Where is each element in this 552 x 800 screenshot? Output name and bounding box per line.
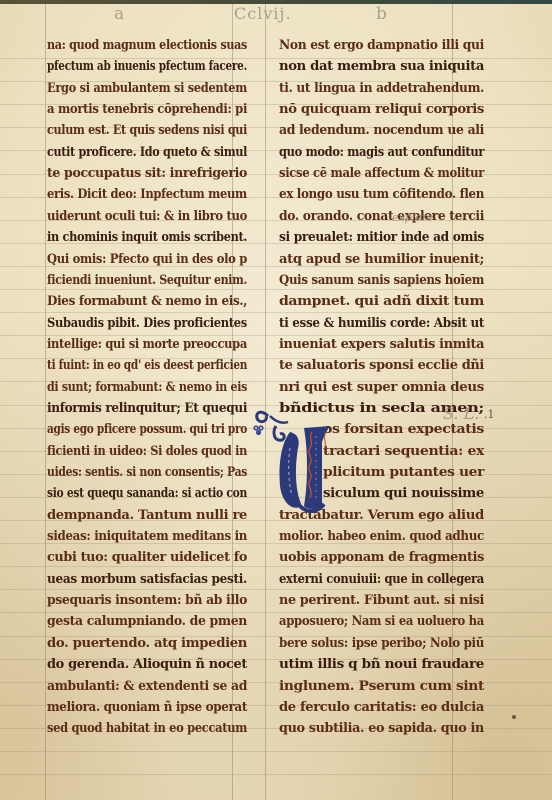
text-line: na: quod magnum electionis suas [47,37,247,52]
text-line: sicse cē male affectum & molitur [279,165,484,180]
text-line: sio est quequ sananda: si actio con [47,485,247,500]
text-line: cubi tuo: qualiter uidelicet fo [47,549,247,564]
text-line: do gerenda. Alioquin ñ nocet [47,656,247,671]
text-line: te saluatoris sponsi ecclie dñi [279,357,484,372]
text-line: Quis sanum sanis sapiens hoīem [279,272,484,287]
marginal-note: S. L. [443,404,479,423]
text-line: cutit proficere. Ido queto & simul [47,144,247,159]
ruling-line [0,566,552,567]
ruling-line [45,4,46,800]
column-b-label: b [376,4,388,24]
text-line: psequaris insontem: bñ ab illo [47,592,247,607]
text-line: ex longo usu tum cōfitendo. flen [279,186,484,201]
text-line: meliora. quoniam ñ ipse operat [47,699,247,714]
text-line: eris. Dicit deo: Inpfectum meum [47,186,247,201]
text-line: ueas morbum satisfacias pesti. [47,571,247,586]
text-line: te poccupatus sit: inrefrigerio [47,165,247,180]
marginal-mark: .1 [484,408,495,421]
text-line: uobis apponam de fragmentis [279,549,484,564]
text-line: dempnanda. Tantum nulli re [47,507,247,522]
text-line: in chominis inquit omis scribent. [47,229,247,244]
decorated-initial [252,402,334,520]
text-line: sideas: iniquitatem meditans in [47,528,247,543]
ink-speck [512,715,516,719]
text-line: Non est ergo dampnatio illi qui [279,37,484,52]
text-line: pfectum ab inuenis pfectum facere. [47,58,247,73]
text-line: inueniat expers salutis inmita [279,336,484,351]
text-line: nō quicquam reliqui corporis [279,101,484,116]
text-line: ti esse & humilis corde: Absit ut [279,315,484,330]
text-line: agis ego pficere possum. qui tri pro [47,421,247,436]
text-line: Ergo si ambulantem si sedentem [47,80,247,95]
text-line: nri qui est super omnia deus [279,379,484,394]
text-line: tractari sequentia: ex [323,443,484,458]
decorated-initial-v-icon [252,402,334,520]
text-line: plicitum putantes uer [323,464,484,479]
text-line: de ferculo caritatis: eo dulcia [279,699,484,714]
text-line: Qui omis: Pfecto qui in des olo p [47,251,247,266]
folio-number: Cclvij. [234,4,292,23]
text-line: utim illis q bñ noui fraudare [279,656,484,671]
text-line: a mortis tenebris cōprehendi: pi [47,101,247,116]
text-line: molior. habeo enim. quod adhuc [279,528,484,543]
text-line: si preualet: mitior inde ad omis [279,229,484,244]
interlinear-gloss: explere [392,211,434,224]
text-line: informis relinquitur; Et quequi [47,400,247,415]
text-line: do. puertendo. atq impedien [47,635,247,650]
text-line: ambulanti: & extendenti se ad [47,678,247,693]
text-line: gesta calumpniando. de pmen [47,613,247,628]
text-line: ti fuint: in eo qd' eis deest perficien [47,357,247,372]
ruling-line [0,589,552,590]
text-line: Dies formabunt & nemo in eis., [47,293,247,308]
text-line: ficiendi inueniunt. Sequitur enim. [47,272,247,287]
text-line: quo subtilia. eo sapida. quo in [279,720,484,735]
text-line: bere solus: ipse peribo; Nolo piū [279,635,484,650]
text-line: uides: sentis. si non consentis; Pas [47,464,247,479]
text-line: siculum qui nouissime [323,485,484,500]
text-line: os forsitan expectatis [323,421,484,436]
text-line: ti. ut lingua in addetrahendum. [279,80,484,95]
text-line: atq apud se humilior inuenit; [279,251,484,266]
text-line: inglunem. Pserum cum sint [279,678,484,693]
text-line: externi conuiuii: que in collegera [279,571,484,586]
text-line: uiderunt oculi tui: & in libro tuo [47,208,247,223]
manuscript-page: a Cclvij. b na: quod magnum electionis s… [0,0,552,800]
text-line: ne perirent. Fibunt aut. si nisi [279,592,484,607]
text-line: dampnet. qui adñ dixit tum [279,293,484,308]
text-line: non dat membra sua iniquita [279,58,484,73]
ruling-line [0,312,552,313]
text-line: ficienti in uideo: Si doles quod in [47,443,247,458]
text-line: culum est. Et quis sedens nisi qui [47,122,247,137]
text-line: ad ledendum. nocendum ue ali [279,122,484,137]
column-a-label: a [114,4,125,24]
ruling-line [0,751,552,752]
text-line: do. orando. conat explere tercii [279,208,484,223]
text-line: quo modo: magis aut confunditur [279,144,484,159]
ruling-line [0,266,552,267]
text-line: intellige: qui si morte preoccupa [47,336,247,351]
ruling-line [0,289,552,290]
text-line: apposuero; Nam si ea uoluero ha [279,613,484,628]
text-line: di sunt; formabunt: & nemo in eis [47,379,247,394]
ruling-line [0,774,552,775]
ruling-line [0,543,552,544]
text-line: sed quod habitat in eo peccatum [47,720,247,735]
text-line: Subaudis pibit. Dies proficientes [47,315,247,330]
